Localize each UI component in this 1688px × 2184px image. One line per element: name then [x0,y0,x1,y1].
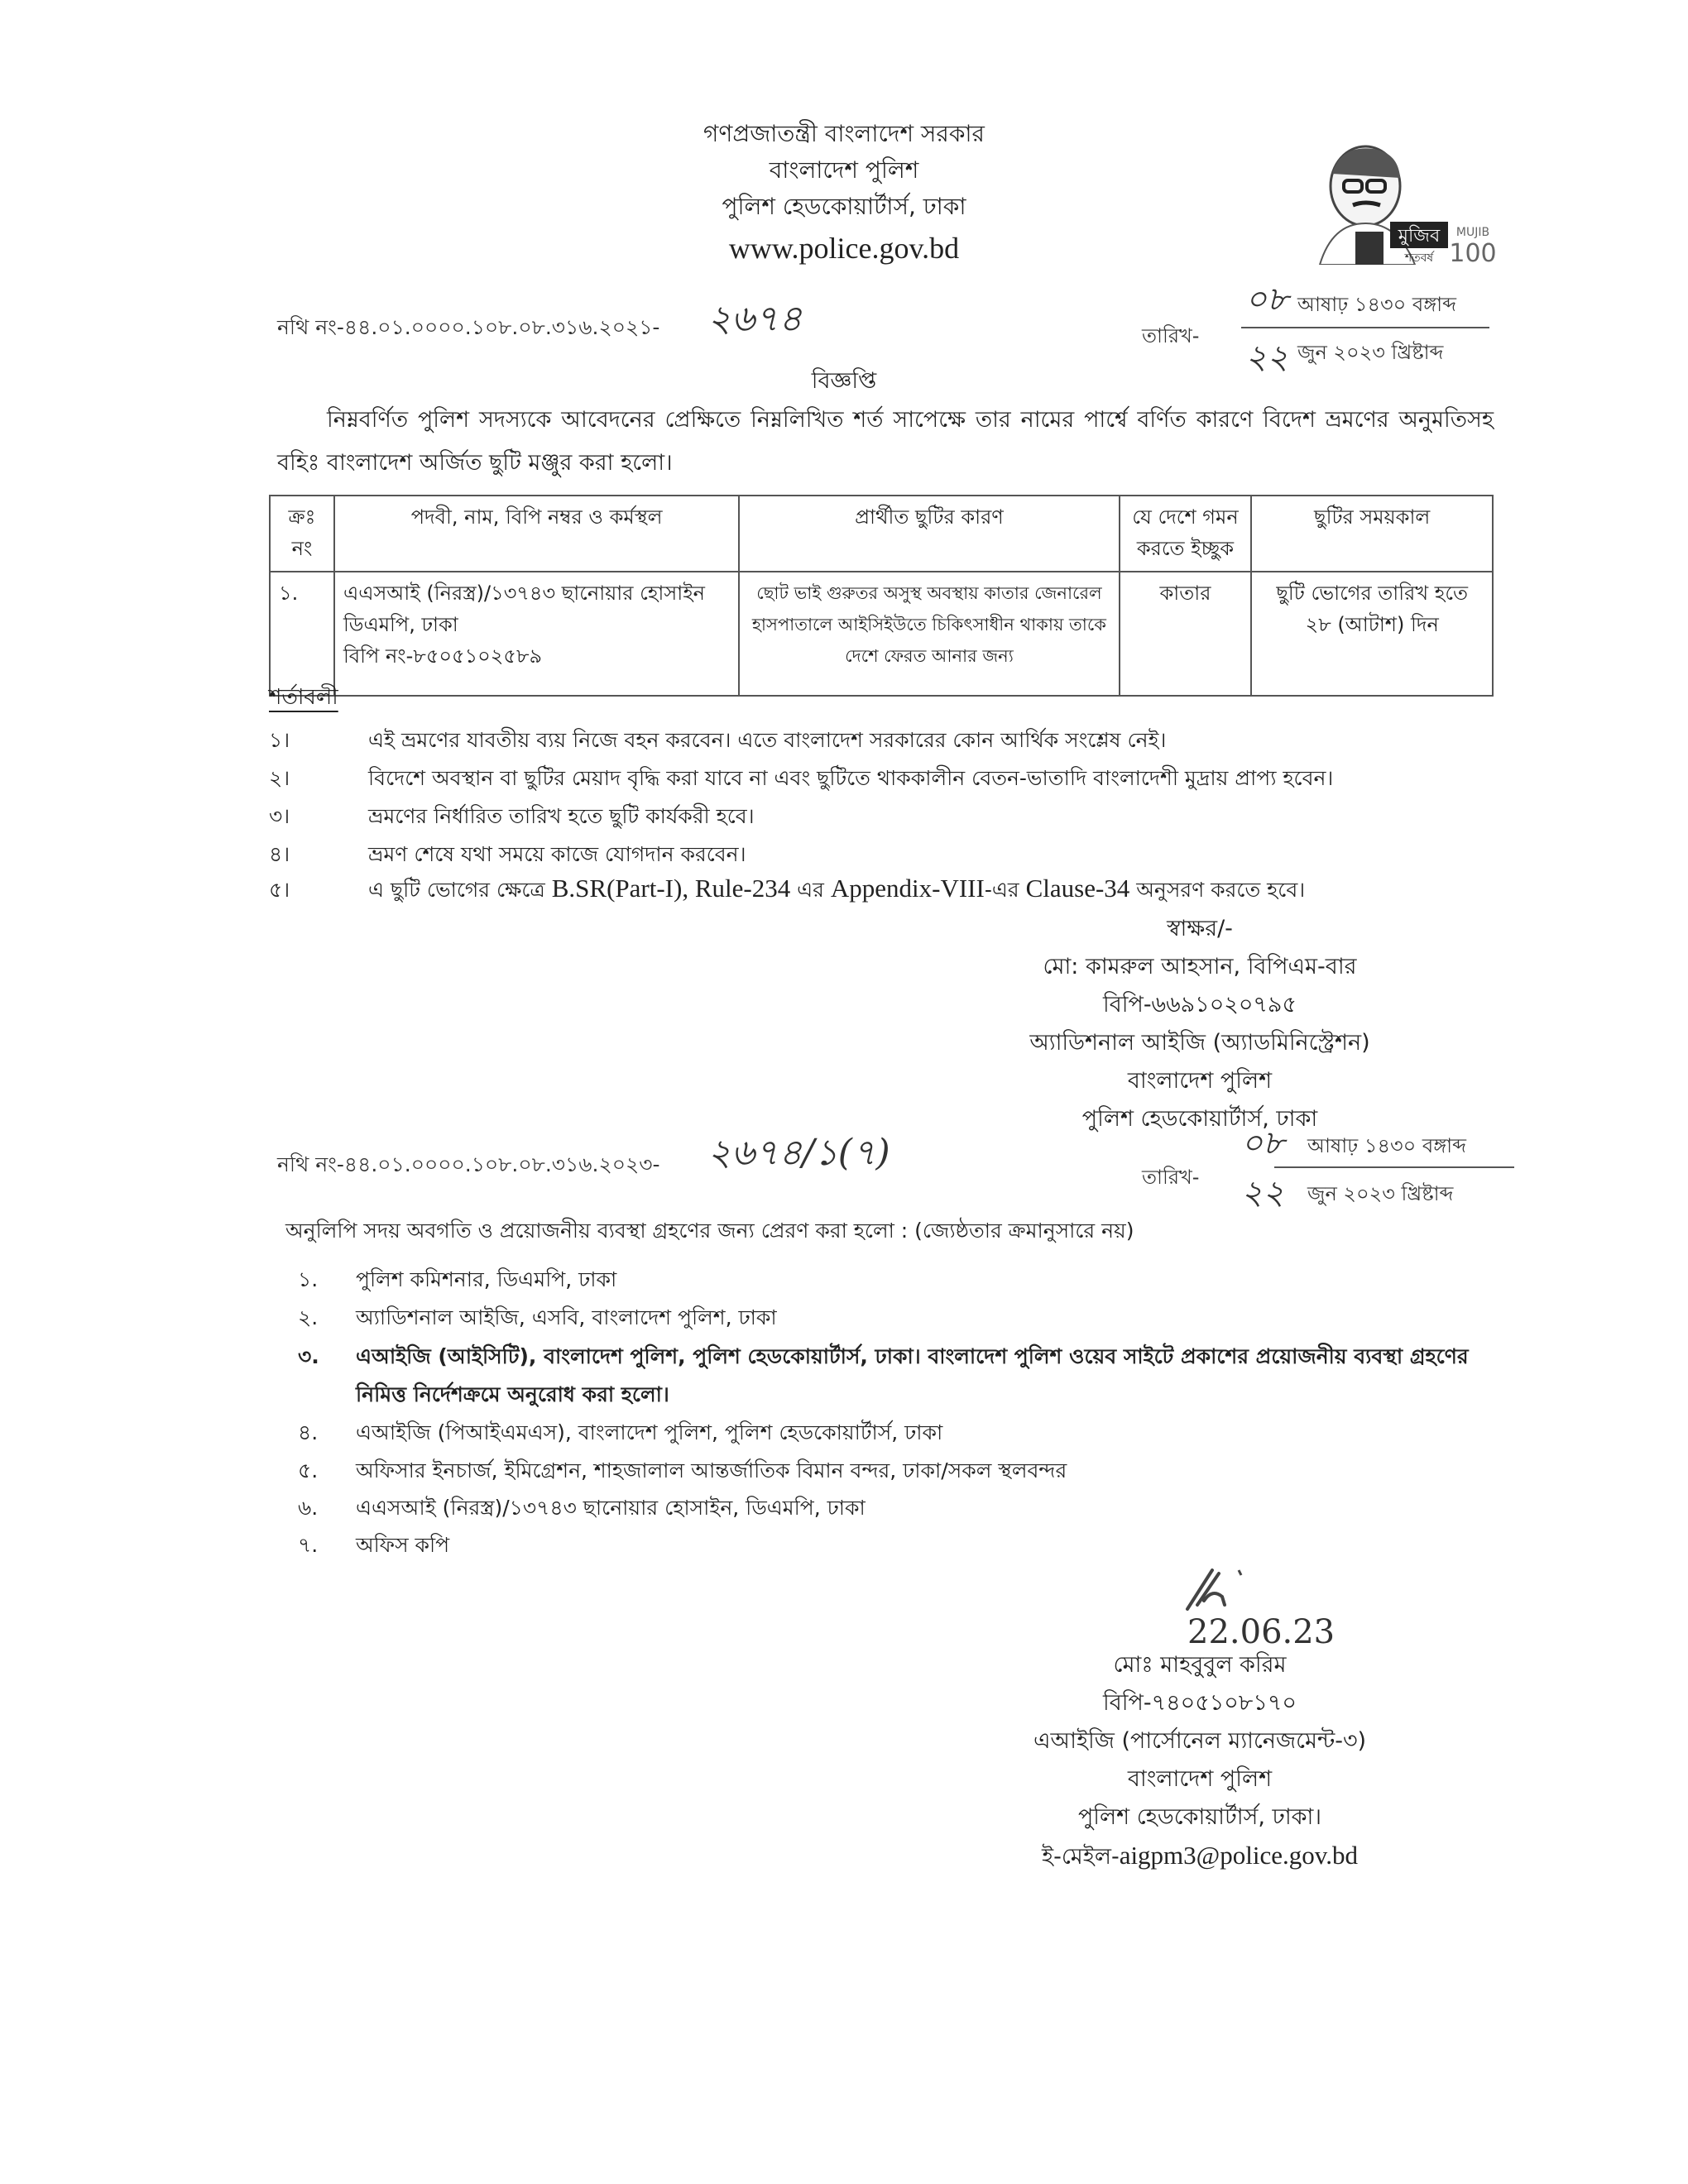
memo-handwritten-number-2: ২৬৭৪/১(৭) [707,1125,890,1185]
copy-item: ৩.এআইজি (আইসিটি), বাংলাদেশ পুলিশ, পুলিশ … [298,1338,1473,1414]
col-reason: প্রার্থীত ছুটির কারণ [739,496,1119,572]
condition-item: ১।এই ভ্রমণের যাবতীয় ব্যয় নিজে বহন করবে… [269,724,1167,759]
copies-intro: অনুলিপি সদয় অবগতি ও প্রয়োজনীয় ব্যবস্থ… [285,1214,1134,1250]
copy-item: ২.অ্যাডিশনাল আইজি, এসবি, বাংলাদেশ পুলিশ,… [298,1301,777,1337]
website-link[interactable]: www.police.gov.bd [579,230,1109,266]
date-greg-rest-2: জুন ২০২৩ খ্রিষ্টাব্দ [1307,1179,1453,1212]
copy-item: ৭.অফিস কপি [298,1529,449,1564]
condition-text: ভ্রমণের নির্ধারিত তারিখ হতে ছুটি কার্যকর… [368,804,755,828]
table-header-row: ক্রঃ নং পদবী, নাম, বিপি নম্বর ও কর্মস্থল… [270,496,1493,572]
signature-icon [1179,1564,1254,1613]
signatory-bp: বিপি-৬৬৯১০২০৭৯৫ [976,986,1423,1024]
person-workplace: ডিএমপি, ঢাকা [343,609,730,640]
cell-serial: ১. [270,572,334,696]
leave-table: ক্রঃ নং পদবী, নাম, বিপি নম্বর ও কর্মস্থল… [269,495,1494,697]
office-name: পুলিশ হেডকোয়ার্টার্স, ঢাকা [579,189,1109,225]
signatory-office: পুলিশ হেডকোয়ার্টার্স, ঢাকা। [976,1798,1423,1837]
col-duration: ছুটির সময়কাল [1251,496,1493,572]
signatory-name: মোঃ মাহবুবুল করিম [976,1646,1423,1684]
condition-number: ২। [269,762,368,797]
cell-duration: ছুটি ভোগের তারিখ হতে ২৮ (আটাশ) দিন [1251,572,1493,696]
signatory-block-1: স্বাক্ষর/- মো: কামরুল আহসান, বিপিএম-বার … [976,910,1423,1138]
svg-text:MUJIB: MUJIB [1456,226,1489,239]
svg-text:শতবর্ষ: শতবর্ষ [1404,251,1435,265]
date-label: তারিখ- [1142,321,1199,354]
condition-item: ২।বিদেশে অবস্থান বা ছুটির মেয়াদ বৃদ্ধি … [269,762,1333,797]
signatory-org: বাংলাদেশ পুলিশ [976,1062,1423,1100]
org-name: বাংলাদেশ পুলিশ [579,152,1109,189]
notice-title: বিজ্ঞপ্তি [0,364,1688,401]
condition-text: ভ্রমণ শেষে যথা সময়ে কাজে যোগদান করবেন। [368,842,746,866]
condition-number: ৪। [269,838,368,874]
handwritten-signature [1179,1564,1254,1616]
conditions-title: শর্তাবলী [269,680,338,716]
condition-text: বিদেশে অবস্থান বা ছুটির মেয়াদ বৃদ্ধি কর… [368,766,1333,790]
svg-text:100: 100 [1449,239,1496,265]
letterhead: গণপ্রজাতন্ত্রী বাংলাদেশ সরকার বাংলাদেশ প… [579,116,1109,266]
signatory-block-2: মোঃ মাহবুবুল করিম বিপি-৭৪০৫১০৮১৭০ এআইজি … [976,1646,1423,1876]
signatory-designation: এআইজি (পার্সোনেল ম্যানেজমেন্ট-৩) [976,1722,1423,1760]
condition-number: ৩। [269,800,368,836]
col-country: যে দেশে গমন করতে ইচ্ছুক [1120,496,1252,572]
table-row: ১. এএসআই (নিরস্ত্র)/১৩৭৪৩ ছানোয়ার হোসাই… [270,572,1493,696]
signatory-bp: বিপি-৭৪০৫১০৮১৭০ [976,1684,1423,1722]
date-bangla-day: ০৮ [1245,273,1288,328]
date-divider-2 [1274,1166,1514,1168]
mujib-100-logo: মুজিব শতবর্ষ MUJIB 100 [1307,141,1506,265]
condition-number: ১। [269,724,368,759]
person-bp-number: বিপি নং-৮৫০৫১০২৫৮৯ [343,640,730,672]
copy-item: ১.পুলিশ কমিশনার, ডিএমপি, ঢাকা [298,1263,616,1299]
signatory-name: মো: কামরুল আহসান, বিপিএম-বার [976,948,1423,986]
signatory-org: বাংলাদেশ পুলিশ [976,1760,1423,1798]
copy-item: ৪.এআইজি (পিআইএমএস), বাংলাদেশ পুলিশ, পুলি… [298,1416,942,1452]
date-greg-day-2: ২২ [1241,1166,1284,1222]
memo-number-label: নথি নং-৪৪.০১.০০০০.১০৮.০৮.৩১৬.২০২৩- [277,1152,660,1176]
govt-name: গণপ্রজাতন্ত্রী বাংলাদেশ সরকার [579,116,1109,152]
signatory-email: ই-মেইল-aigpm3@police.gov.bd [976,1837,1423,1876]
person-designation-name: এএসআই (নিরস্ত্র)/১৩৭৪৩ ছানোয়ার হোসাইন [343,577,730,609]
condition-text: এই ভ্রমণের যাবতীয় ব্যয় নিজে বহন করবেন।… [368,728,1167,752]
memo-number: নথি নং-৪৪.০১.০০০০.১০৮.০৮.৩১৬.২০২১- [277,311,659,347]
copy-item: ৫.অফিসার ইনচার্জ, ইমিগ্রেশন, শাহজালাল আন… [298,1454,1067,1490]
cell-country: কাতার [1120,572,1252,696]
date-bangla-rest-2: আষাঢ় ১৪৩০ বঙ্গাব্দ [1307,1131,1466,1164]
notice-body: নিম্নবর্ণিত পুলিশ সদস্যকে আবেদনের প্রেক্… [277,399,1494,485]
date-divider [1241,327,1489,328]
memo-number-2: নথি নং-৪৪.০১.০০০০.১০৮.০৮.৩১৬.২০২৩- [277,1148,660,1184]
date-label-2: তারিখ- [1142,1162,1199,1195]
signatory-designation: অ্যাডিশনাল আইজি (অ্যাডমিনিস্ট্রেশন) [976,1024,1423,1062]
condition-item: ৩।ভ্রমণের নির্ধারিত তারিখ হতে ছুটি কার্য… [269,800,755,836]
copy-item: ৬.এএসআই (নিরস্ত্র)/১৩৭৪৩ ছানোয়ার হোসাইন… [298,1492,866,1527]
email-link[interactable]: aigpm3@police.gov.bd [1120,1841,1358,1870]
col-person: পদবী, নাম, বিপি নম্বর ও কর্মস্থল [334,496,739,572]
cell-person: এএসআই (নিরস্ত্র)/১৩৭৪৩ ছানোয়ার হোসাইন ড… [334,572,739,696]
condition-number: ৫। [269,874,368,909]
memo-handwritten-number: ২৬৭৪ [707,291,802,352]
memo-number-label: নথি নং-৪৪.০১.০০০০.১০৮.০৮.৩১৬.২০২১- [277,315,659,339]
date-bangla-rest: আষাঢ় ১৪৩০ বঙ্গাব্দ [1297,290,1456,323]
condition-item: ৪।ভ্রমণ শেষে যথা সময়ে কাজে যোগদান করবেন… [269,838,746,874]
portrait-icon: মুজিব শতবর্ষ MUJIB 100 [1307,141,1506,265]
signed-mark: স্বাক্ষর/- [976,910,1423,948]
date-bangla-day-2: ০৮ [1241,1117,1284,1172]
email-label: ই-মেইল- [1042,1844,1120,1870]
condition-item: ৫।এ ছুটি ভোগের ক্ষেত্রে B.SR(Part-I), Ru… [269,874,1305,909]
svg-text:মুজিব: মুজিব [1398,225,1441,247]
col-serial: ক্রঃ নং [270,496,334,572]
cell-reason: ছোট ভাই গুরুতর অসুস্থ অবস্থায় কাতার জেন… [739,572,1119,696]
